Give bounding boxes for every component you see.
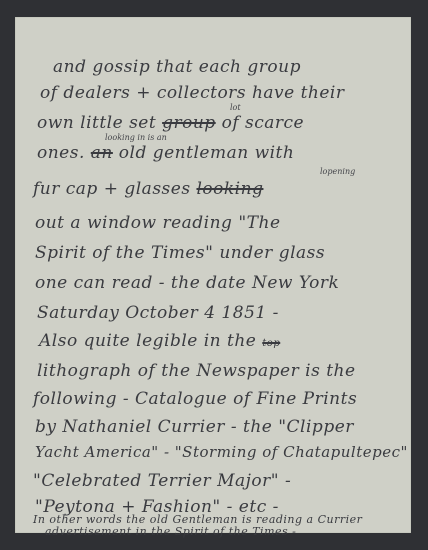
manuscript-page: and gossip that each group of dealers + … <box>15 17 411 533</box>
text-line-14: Yacht America" - "Storming of Chatapulte… <box>35 443 408 461</box>
struck-word: top <box>262 338 280 349</box>
text-line-6: out a window reading "The <box>35 213 281 233</box>
text-line-10: Also quite legible in the top <box>39 331 280 351</box>
text-line-11: lithograph of the Newspaper is the <box>37 361 356 381</box>
text-line-12: following - Catalogue of Fine Prints <box>33 389 357 409</box>
struck-word: an <box>91 143 113 163</box>
text-line-8: one can read - the date New York <box>35 273 339 293</box>
text-line-5: fur cap + glasses looking <box>33 179 263 199</box>
struck-word: looking <box>196 179 263 199</box>
text-line-15: "Celebrated Terrier Major" - <box>33 471 291 491</box>
text-line-2: of dealers + collectors have their <box>40 83 345 103</box>
text-line-3: own little set group of scarce <box>37 113 304 133</box>
text-line-18: advertisement in the Spirit of the Times… <box>45 525 296 538</box>
text-line-7: Spirit of the Times" under glass <box>35 243 325 263</box>
insertion-looking-in: looking in is an <box>105 133 167 142</box>
text-line-4: ones. an old gentleman with <box>37 143 294 163</box>
insertion-lot: lot <box>230 103 241 112</box>
struck-word: group <box>162 113 216 133</box>
insertion-lopening: lopening <box>320 167 355 176</box>
text-line-1: and gossip that each group <box>53 57 301 77</box>
text-line-9: Saturday October 4 1851 - <box>37 303 279 323</box>
text-line-13: by Nathaniel Currier - the "Clipper <box>35 417 354 437</box>
